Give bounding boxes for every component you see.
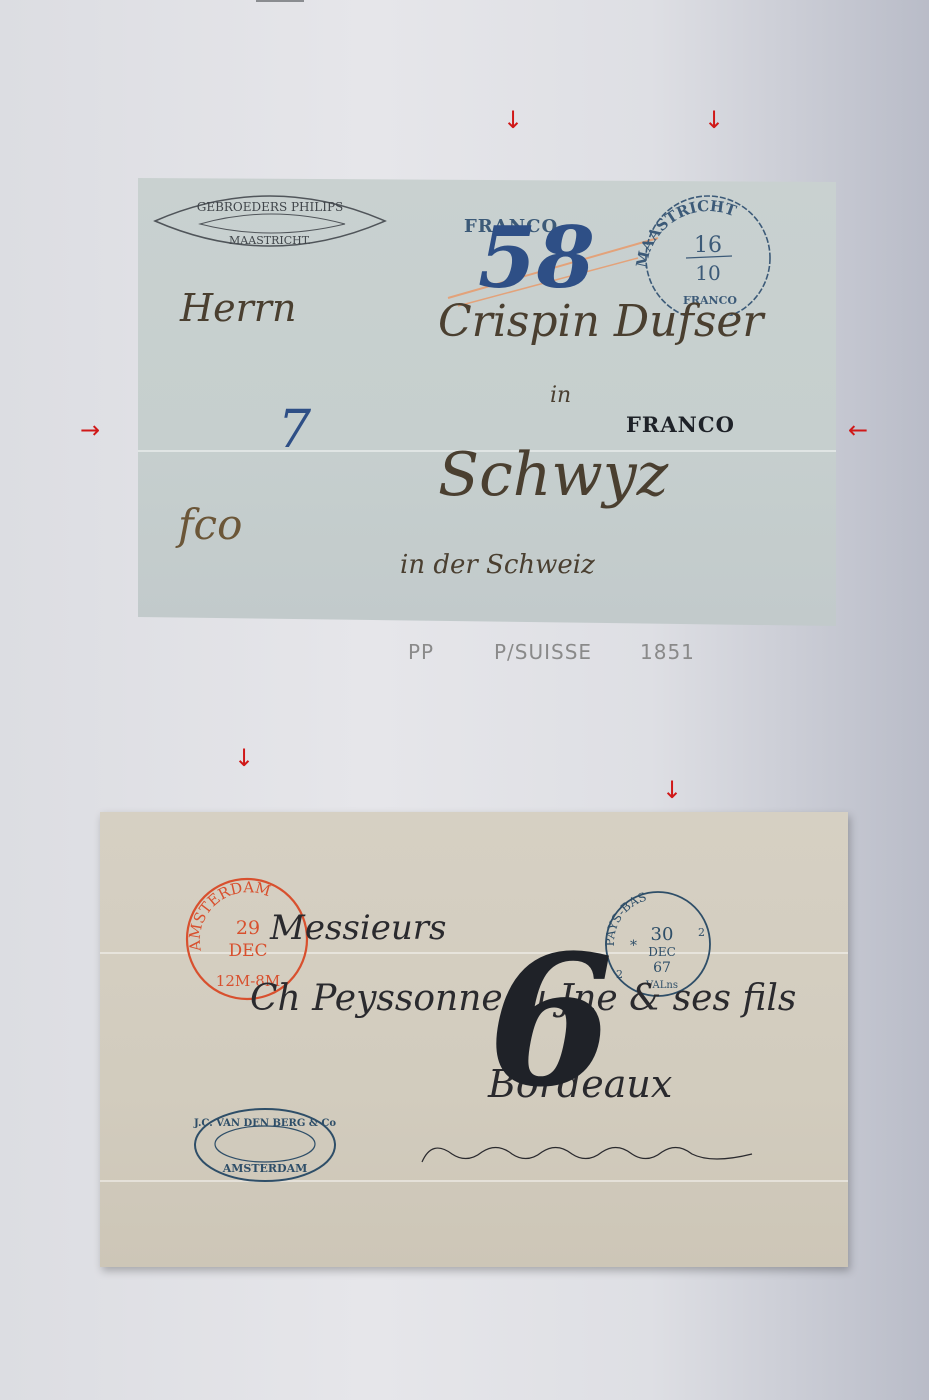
svg-text:DEC: DEC (648, 945, 676, 959)
address-name: Crispin Dufser (438, 296, 763, 347)
pencil-year: 1851 (640, 640, 695, 664)
manuscript-mark: 7 (278, 400, 311, 460)
manuscript-rate: 6 (488, 932, 613, 1112)
arrow-right-icon: → (80, 418, 100, 442)
manuscript-rate: 58 (478, 208, 595, 307)
svg-text:J.C. VAN DEN BERG & Co: J.C. VAN DEN BERG & Co (193, 1118, 336, 1129)
arrow-down-icon: ↓ (662, 778, 682, 802)
address-salutation: Herrn (180, 286, 296, 330)
pencil-route: P/SUISSE (494, 640, 592, 664)
franco-stamp-black: FRANCO (626, 412, 735, 437)
cover-maastricht: GEBROEDERS PHILIPS MAASTRICHT. FRANCO 58… (138, 178, 836, 626)
franco-manuscript: fco (178, 500, 242, 549)
svg-text:AMSTERDAM: AMSTERDAM (222, 1162, 308, 1175)
svg-text:*: * (630, 938, 637, 954)
album-page-mark (256, 0, 304, 2)
address-prep: in (550, 383, 571, 408)
svg-text:2: 2 (698, 926, 705, 939)
address-country: in der Schweiz (400, 550, 595, 580)
address-salutation: Messieurs (270, 908, 446, 948)
sender-cachet-van-den-berg: J.C. VAN DEN BERG & Co AMSTERDAM (190, 1104, 340, 1186)
cover-amsterdam: AMSTERDAM 29 DEC 12M-8M PAYS-BAS * 30 DE… (100, 812, 848, 1267)
address-city: Schwyz (438, 440, 668, 510)
svg-text:30: 30 (651, 924, 674, 945)
svg-text:10: 10 (695, 261, 720, 285)
address-underline-flourish (412, 1134, 762, 1174)
svg-text:16: 16 (694, 233, 722, 258)
arrow-down-icon: ↓ (234, 746, 254, 770)
pencil-marking: PP (408, 640, 434, 664)
svg-text:MAASTRICHT.: MAASTRICHT. (229, 234, 311, 247)
arrow-left-icon: ← (848, 418, 868, 442)
arrow-down-icon: ↓ (503, 108, 523, 132)
svg-text:29: 29 (236, 917, 260, 939)
arrow-down-icon: ↓ (704, 108, 724, 132)
svg-text:DEC: DEC (228, 941, 267, 961)
svg-text:GEBROEDERS PHILIPS: GEBROEDERS PHILIPS (197, 200, 344, 214)
svg-text:MAASTRICHT: MAASTRICHT (632, 197, 739, 269)
svg-text:67: 67 (653, 960, 671, 976)
sender-cachet-philips: GEBROEDERS PHILIPS MAASTRICHT. (150, 186, 390, 256)
